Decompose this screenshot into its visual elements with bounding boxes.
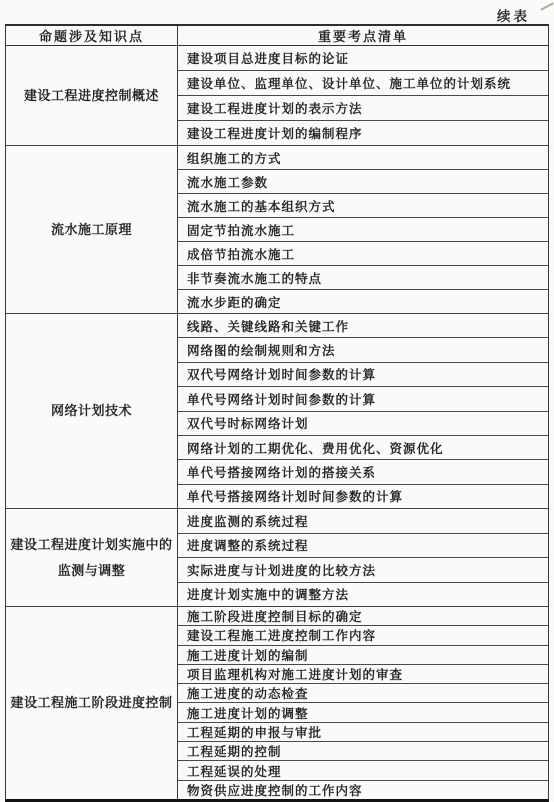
- checklist-item: 网络计划的工期优化、费用优化、资源优化: [178, 436, 548, 460]
- checklist-item: 线路、关键线路和关键工作: [178, 314, 548, 338]
- topic-cell: 建设工程进度控制概述: [6, 46, 178, 145]
- checklist-item: 单代号搭接网络计划时间参数的计算: [178, 485, 548, 508]
- column-header-key-exam-points: 重要考点清单: [178, 26, 548, 45]
- checklist-item: 建设工程施工进度控制工作内容: [178, 626, 548, 645]
- checklist-item: 双代号时标网络计划: [178, 412, 548, 436]
- checklist-item: 施工进度计划的编制: [178, 646, 548, 665]
- checklist-item: 固定节拍流水施工: [178, 218, 548, 242]
- table-section-overview: 建设工程进度控制概述 建设项目总进度目标的论证 建设单位、监理单位、设计单位、施…: [6, 46, 548, 146]
- checklist-items: 施工阶段进度控制目标的确定 建设工程施工进度控制工作内容 施工进度计划的编制 项…: [178, 607, 548, 799]
- page-corner-mark: [536, 0, 554, 11]
- checklist-item: 实际进度与计划进度的比较方法: [178, 558, 548, 583]
- checklist-item: 工程延期的申报与审批: [178, 723, 548, 742]
- checklist-item: 工程延期的控制: [178, 742, 548, 761]
- checklist-item: 施工阶段进度控制目标的确定: [178, 607, 548, 626]
- checklist-item: 建设工程进度计划的编制程序: [178, 121, 548, 145]
- checklist-items: 建设项目总进度目标的论证 建设单位、监理单位、设计单位、施工单位的计划系统 建设…: [178, 46, 548, 145]
- table-section-monitoring-adjustment: 建设工程进度计划实施中的监测与调整 进度监测的系统过程 进度调整的系统过程 实际…: [6, 509, 548, 607]
- table-header-row: 命题涉及知识点 重要考点清单: [6, 26, 548, 46]
- checklist-item: 非节奏流水施工的特点: [178, 266, 548, 290]
- knowledge-points-table: 命题涉及知识点 重要考点清单 建设工程进度控制概述 建设项目总进度目标的论证 建…: [5, 24, 549, 802]
- topic-cell: 建设工程施工阶段进度控制: [6, 607, 178, 799]
- topic-cell: 网络计划技术: [6, 314, 178, 508]
- checklist-item: 流水施工的基本组织方式: [178, 194, 548, 218]
- table-section-construction-stage-control: 建设工程施工阶段进度控制 施工阶段进度控制目标的确定 建设工程施工进度控制工作内…: [6, 607, 548, 799]
- checklist-item: 施工进度的动态检查: [178, 684, 548, 703]
- checklist-item: 单代号搭接网络计划的搭接关系: [178, 460, 548, 484]
- checklist-item: 进度调整的系统过程: [178, 534, 548, 559]
- table-section-network-planning: 网络计划技术 线路、关键线路和关键工作 网络图的绘制规则和方法 双代号网络计划时…: [6, 314, 548, 509]
- checklist-item: 网络图的绘制规则和方法: [178, 338, 548, 362]
- checklist-item: 建设单位、监理单位、设计单位、施工单位的计划系统: [178, 71, 548, 96]
- column-header-knowledge-points: 命题涉及知识点: [6, 26, 178, 45]
- table-section-flow-construction: 流水施工原理 组织施工的方式 流水施工参数 流水施工的基本组织方式 固定节拍流水…: [6, 146, 548, 314]
- checklist-item: 进度计划实施中的调整方法: [178, 583, 548, 607]
- checklist-item: 施工进度计划的调整: [178, 703, 548, 722]
- checklist-item: 进度监测的系统过程: [178, 509, 548, 534]
- checklist-item: 流水施工参数: [178, 170, 548, 194]
- checklist-item: 建设项目总进度目标的论证: [178, 46, 548, 71]
- scanned-book-page: 续表 命题涉及知识点 重要考点清单 建设工程进度控制概述 建设项目总进度目标的论…: [0, 0, 554, 802]
- checklist-items: 线路、关键线路和关键工作 网络图的绘制规则和方法 双代号网络计划时间参数的计算 …: [178, 314, 548, 508]
- topic-cell: 建设工程进度计划实施中的监测与调整: [6, 509, 178, 606]
- checklist-item: 流水步距的确定: [178, 290, 548, 313]
- checklist-item: 建设工程进度计划的表示方法: [178, 96, 548, 121]
- checklist-item: 物资供应进度控制的工作内容: [178, 781, 548, 799]
- checklist-item: 双代号网络计划时间参数的计算: [178, 363, 548, 387]
- checklist-items: 组织施工的方式 流水施工参数 流水施工的基本组织方式 固定节拍流水施工 成倍节拍…: [178, 146, 548, 313]
- checklist-item: 单代号网络计划时间参数的计算: [178, 387, 548, 411]
- checklist-item: 成倍节拍流水施工: [178, 242, 548, 266]
- topic-cell: 流水施工原理: [6, 146, 178, 313]
- checklist-items: 进度监测的系统过程 进度调整的系统过程 实际进度与计划进度的比较方法 进度计划实…: [178, 509, 548, 606]
- checklist-item: 组织施工的方式: [178, 146, 548, 170]
- continued-table-label: 续表: [497, 5, 530, 25]
- checklist-item: 工程延误的处理: [178, 761, 548, 780]
- checklist-item: 项目监理机构对施工进度计划的审查: [178, 665, 548, 684]
